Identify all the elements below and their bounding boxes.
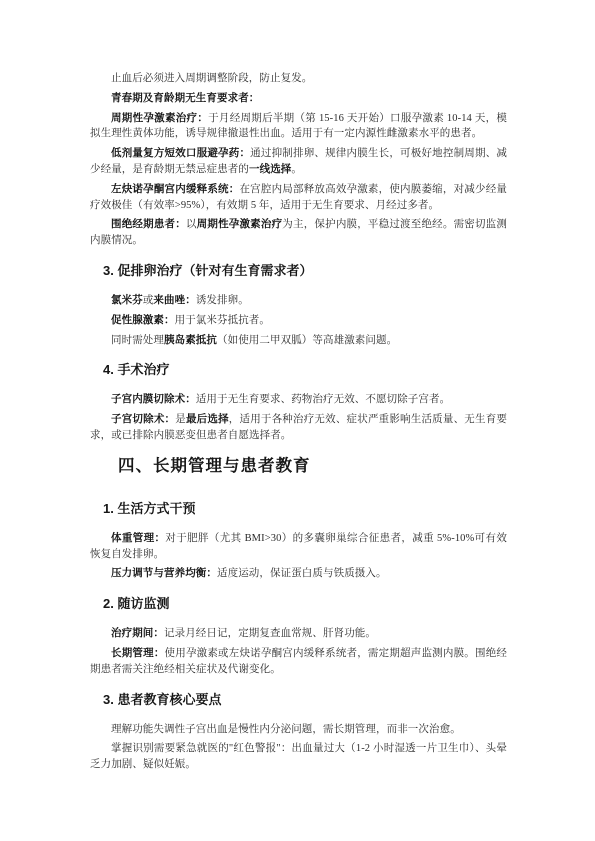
bold-text-run: 子宫切除术：	[111, 413, 175, 425]
paragraph: 治疗期间：记录月经日记，定期复查血常规、肝肾功能。	[90, 626, 507, 642]
text-run: 3. 患者教育核心要点	[103, 692, 221, 707]
text-run: （如使用二甲双胍）等高雄激素问题。	[217, 335, 397, 346]
paragraph: 同时需处理胰岛素抵抗（如使用二甲双胍）等高雄激素问题。	[90, 333, 507, 349]
bold-text-run: 长期管理：	[111, 647, 165, 659]
bold-text-run: 胰岛素抵抗	[164, 334, 217, 346]
paragraph: 长期管理：使用孕激素或左炔诺孕酮宫内缓释系统者，需定期超声监测内膜。围绝经期患者…	[90, 646, 507, 678]
paragraph: 子宫切除术：是最后选择，适用于各种治疗无效、症状严重影响生活质量、无生育要求，或…	[90, 412, 507, 444]
subsection-heading: 1. 生活方式干预	[90, 500, 507, 518]
subsection-heading: 2. 随访监测	[90, 595, 507, 613]
paragraph: 掌握识别需要紧急就医的"红色警报"：出血量过大（1-2 小时湿透一片卫生巾）、头…	[90, 741, 507, 773]
bold-text-run: 氯米芬	[111, 294, 143, 306]
paragraph: 左炔诺孕酮宫内缓释系统：在宫腔内局部释放高效孕激素，使内膜萎缩，对减少经量疗效极…	[90, 182, 507, 214]
subsection-heading: 3. 患者教育核心要点	[90, 691, 507, 709]
bold-text-run: 周期性孕激素治疗：	[111, 112, 208, 124]
bold-text-run: 低剂量复方短效口服避孕药：	[111, 147, 250, 159]
text-run: 记录月经日记，定期复查血常规、肝肾功能。	[164, 628, 376, 639]
bold-text-run: 促性腺激素：	[111, 314, 175, 326]
text-run: 以	[186, 219, 197, 230]
paragraph: 青春期及育龄期无生育要求者：	[90, 91, 507, 107]
paragraph: 止血后必须进入周期调整阶段，防止复发。	[90, 71, 507, 87]
paragraph: 子宫内膜切除术：适用于无生育要求、药物治疗无效、不愿切除子宫者。	[90, 392, 507, 408]
paragraph: 周期性孕激素治疗：于月经周期后半期（第 15-16 天开始）口服孕激素 10-1…	[90, 111, 507, 143]
text-run: 理解功能失调性子宫出血是慢性内分泌问题，需长期管理，而非一次治愈。	[111, 724, 461, 735]
text-run: 4. 手术治疗	[103, 362, 169, 377]
text-run: 。	[291, 164, 302, 175]
text-run: 或	[143, 295, 154, 306]
bold-text-run: 治疗期间：	[111, 627, 164, 639]
bold-text-run: 最后选择	[186, 413, 229, 425]
paragraph: 围绝经期患者：以周期性孕激素治疗为主，保护内膜，平稳过渡至绝经。需密切监测内膜情…	[90, 217, 507, 249]
text-run: 3. 促排卵治疗（针对有生育需求者）	[103, 263, 312, 278]
document-body: 止血后必须进入周期调整阶段，防止复发。青春期及育龄期无生育要求者：周期性孕激素治…	[90, 71, 507, 773]
subsection-heading: 4. 手术治疗	[90, 361, 507, 379]
bold-text-run: 体重管理：	[111, 532, 165, 544]
paragraph: 促性腺激素：用于氯米芬抵抗者。	[90, 313, 507, 329]
text-run: 四、长期管理与患者教育	[118, 457, 311, 475]
subsection-heading: 3. 促排卵治疗（针对有生育需求者）	[90, 262, 507, 280]
text-run: 适度运动，保证蛋白质与铁质摄入。	[217, 568, 387, 579]
paragraph: 理解功能失调性子宫出血是慢性内分泌问题，需长期管理，而非一次治愈。	[90, 722, 507, 738]
bold-text-run: 周期性孕激素治疗	[197, 218, 283, 230]
bold-text-run: 左炔诺孕酮宫内缓释系统：	[111, 183, 239, 195]
paragraph: 氯米芬或来曲唑：诱发排卵。	[90, 293, 507, 309]
text-run: 适用于无生育要求、药物治疗无效、不愿切除子宫者。	[196, 394, 450, 405]
paragraph: 压力调节与营养均衡：适度运动，保证蛋白质与铁质摄入。	[90, 566, 507, 582]
text-run: 2. 随访监测	[103, 596, 169, 611]
section-heading: 四、长期管理与患者教育	[90, 454, 507, 478]
document-page: 止血后必须进入周期调整阶段，防止复发。青春期及育龄期无生育要求者：周期性孕激素治…	[0, 0, 595, 841]
bold-text-run: 压力调节与营养均衡：	[111, 567, 217, 579]
paragraph: 体重管理：对于肥胖（尤其 BMI>30）的多囊卵巢综合征患者，减重 5%-10%…	[90, 531, 507, 563]
paragraph: 低剂量复方短效口服避孕药：通过抑制排卵、规律内膜生长，可极好地控制周期、减少经量…	[90, 146, 507, 178]
bold-text-run: 青春期及育龄期无生育要求者：	[111, 92, 259, 104]
text-run: 1. 生活方式干预	[103, 501, 195, 516]
text-run: 止血后必须进入周期调整阶段，防止复发。	[111, 73, 312, 84]
bold-text-run: 围绝经期患者：	[111, 218, 186, 230]
bold-text-run: 子宫内膜切除术：	[111, 393, 196, 405]
text-run: 诱发排卵。	[196, 295, 249, 306]
bold-text-run: 一线选择	[249, 163, 291, 175]
text-run: 是	[175, 414, 186, 425]
text-run: 掌握识别需要紧急就医的"红色警报"：出血量过大（1-2 小时湿透一片卫生巾）、头…	[90, 743, 507, 770]
text-run: 用于氯米芬抵抗者。	[175, 315, 270, 326]
text-run: 同时需处理	[111, 335, 164, 346]
bold-text-run: 来曲唑：	[153, 294, 195, 306]
